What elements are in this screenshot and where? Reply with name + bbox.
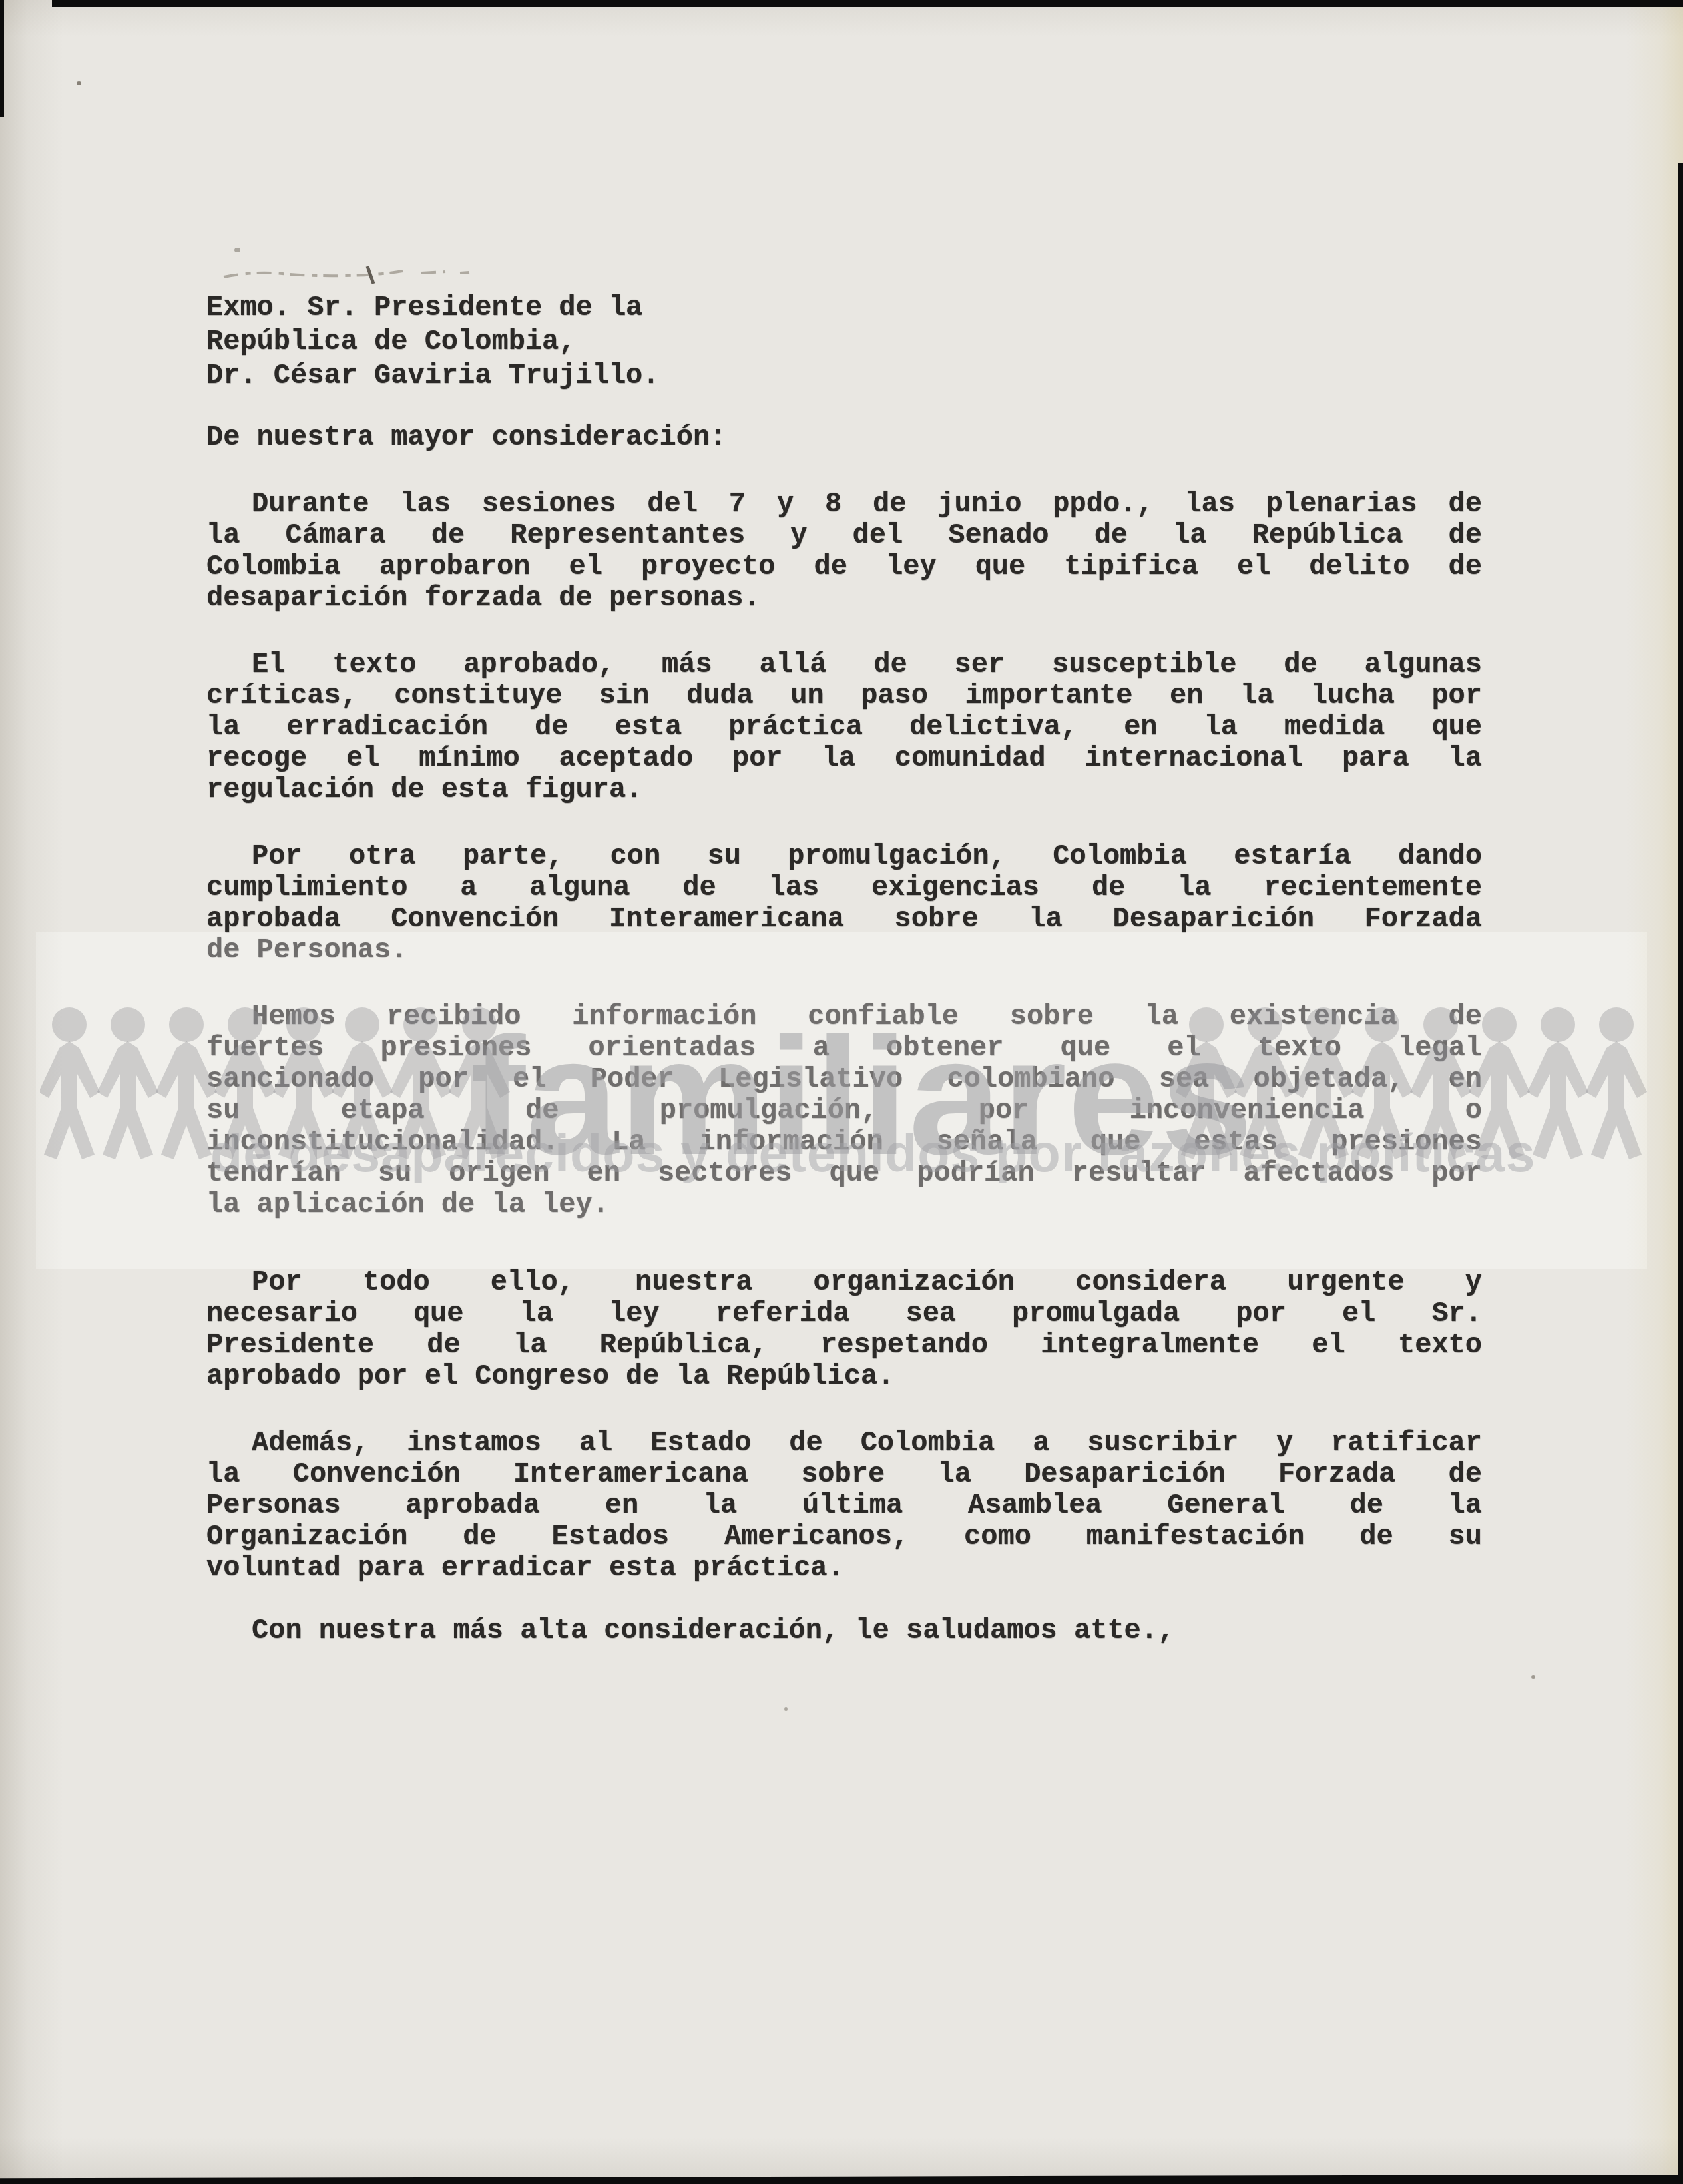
letter-line: críticas, constituye sin duda un paso im… — [206, 681, 1482, 712]
letter-line: sancionado por el Poder Legislativo colo… — [206, 1064, 1482, 1095]
letter-line: fuertes presiones orientadas a obtener q… — [206, 1033, 1482, 1064]
letter-line: Por todo ello, nuestra organización cons… — [206, 1267, 1482, 1298]
letter-line: Por otra parte, con su promulgación, Col… — [206, 841, 1482, 872]
salutation-line: De nuestra mayor consideración: — [206, 422, 1482, 453]
dust-speck — [77, 81, 81, 85]
letter-line: tendrían su origen en sectores que podrí… — [206, 1158, 1482, 1189]
letter-line: Personas aprobada en la última Asamblea … — [206, 1490, 1482, 1521]
letter-line: Durante las sesiones del 7 y 8 de junio … — [206, 489, 1482, 520]
paragraph-5: Por todo ello, nuestra organización cons… — [206, 1267, 1482, 1392]
dust-speck — [234, 248, 240, 252]
scanned-letter-page: Exmo. Sr. Presidente de la República de … — [0, 0, 1683, 2184]
letter-line: recoge el mínimo aceptado por la comunid… — [206, 743, 1482, 774]
paragraph-3: Por otra parte, con su promulgación, Col… — [206, 841, 1482, 966]
paragraph-2: El texto aprobado, más allá de ser susce… — [206, 649, 1482, 806]
letter-body: Exmo. Sr. Presidente de la República de … — [206, 291, 1482, 1647]
closing-line: Con nuestra más alta consideración, le s… — [206, 1615, 1482, 1647]
letter-line: la Convención Interamericana sobre la De… — [206, 1459, 1482, 1490]
letter-line: necesario que la ley referida sea promul… — [206, 1298, 1482, 1330]
paragraph-4: Hemos recibido información confiable sob… — [206, 1001, 1482, 1221]
letter-line: El texto aprobado, más allá de ser susce… — [206, 649, 1482, 681]
letter-line: aprobada Convención Interamericana sobre… — [206, 904, 1482, 935]
recipient-block: Exmo. Sr. Presidente de la República de … — [206, 291, 1482, 393]
recipient-line: Exmo. Sr. Presidente de la — [206, 291, 1482, 325]
paragraph-6: Además, instamos al Estado de Colombia a… — [206, 1428, 1482, 1584]
letter-line: la Cámara de Representantes y del Senado… — [206, 520, 1482, 551]
letter-line: cumplimiento a alguna de las exigencias … — [206, 872, 1482, 904]
letter-line: Organización de Estados Americanos, como… — [206, 1521, 1482, 1553]
letter-line: Hemos recibido información confiable sob… — [206, 1001, 1482, 1033]
letter-line: la aplicación de la ley. — [206, 1189, 1482, 1221]
letter-line: voluntad para erradicar esta práctica. — [206, 1553, 1482, 1584]
letter-line: de Personas. — [206, 935, 1482, 966]
letter-line: Además, instamos al Estado de Colombia a… — [206, 1428, 1482, 1459]
letter-line: Presidente de la República, respetando i… — [206, 1330, 1482, 1361]
letter-line: regulación de esta figura. — [206, 774, 1482, 806]
dust-speck — [1531, 1675, 1535, 1679]
letter-line: aprobado por el Congreso de la República… — [206, 1361, 1482, 1392]
recipient-line: Dr. César Gaviria Trujillo. — [206, 359, 1482, 393]
letter-line: la erradicación de esta práctica delicti… — [206, 712, 1482, 743]
letter-line: su etapa de promulgación, por inconvenie… — [206, 1095, 1482, 1127]
letter-line: Colombia aprobaron el proyecto de ley qu… — [206, 551, 1482, 583]
scan-border-top — [52, 0, 1683, 7]
recipient-line: República de Colombia, — [206, 325, 1482, 359]
scan-border-right — [1678, 163, 1683, 2184]
letter-line: inconstitucionalidad. La información señ… — [206, 1127, 1482, 1158]
paragraph-1: Durante las sesiones del 7 y 8 de junio … — [206, 489, 1482, 614]
scan-border-left — [0, 0, 4, 117]
dust-speck — [784, 1707, 788, 1711]
scan-border-bottom — [0, 2175, 1683, 2184]
letter-line: desaparición forzada de personas. — [206, 583, 1482, 614]
